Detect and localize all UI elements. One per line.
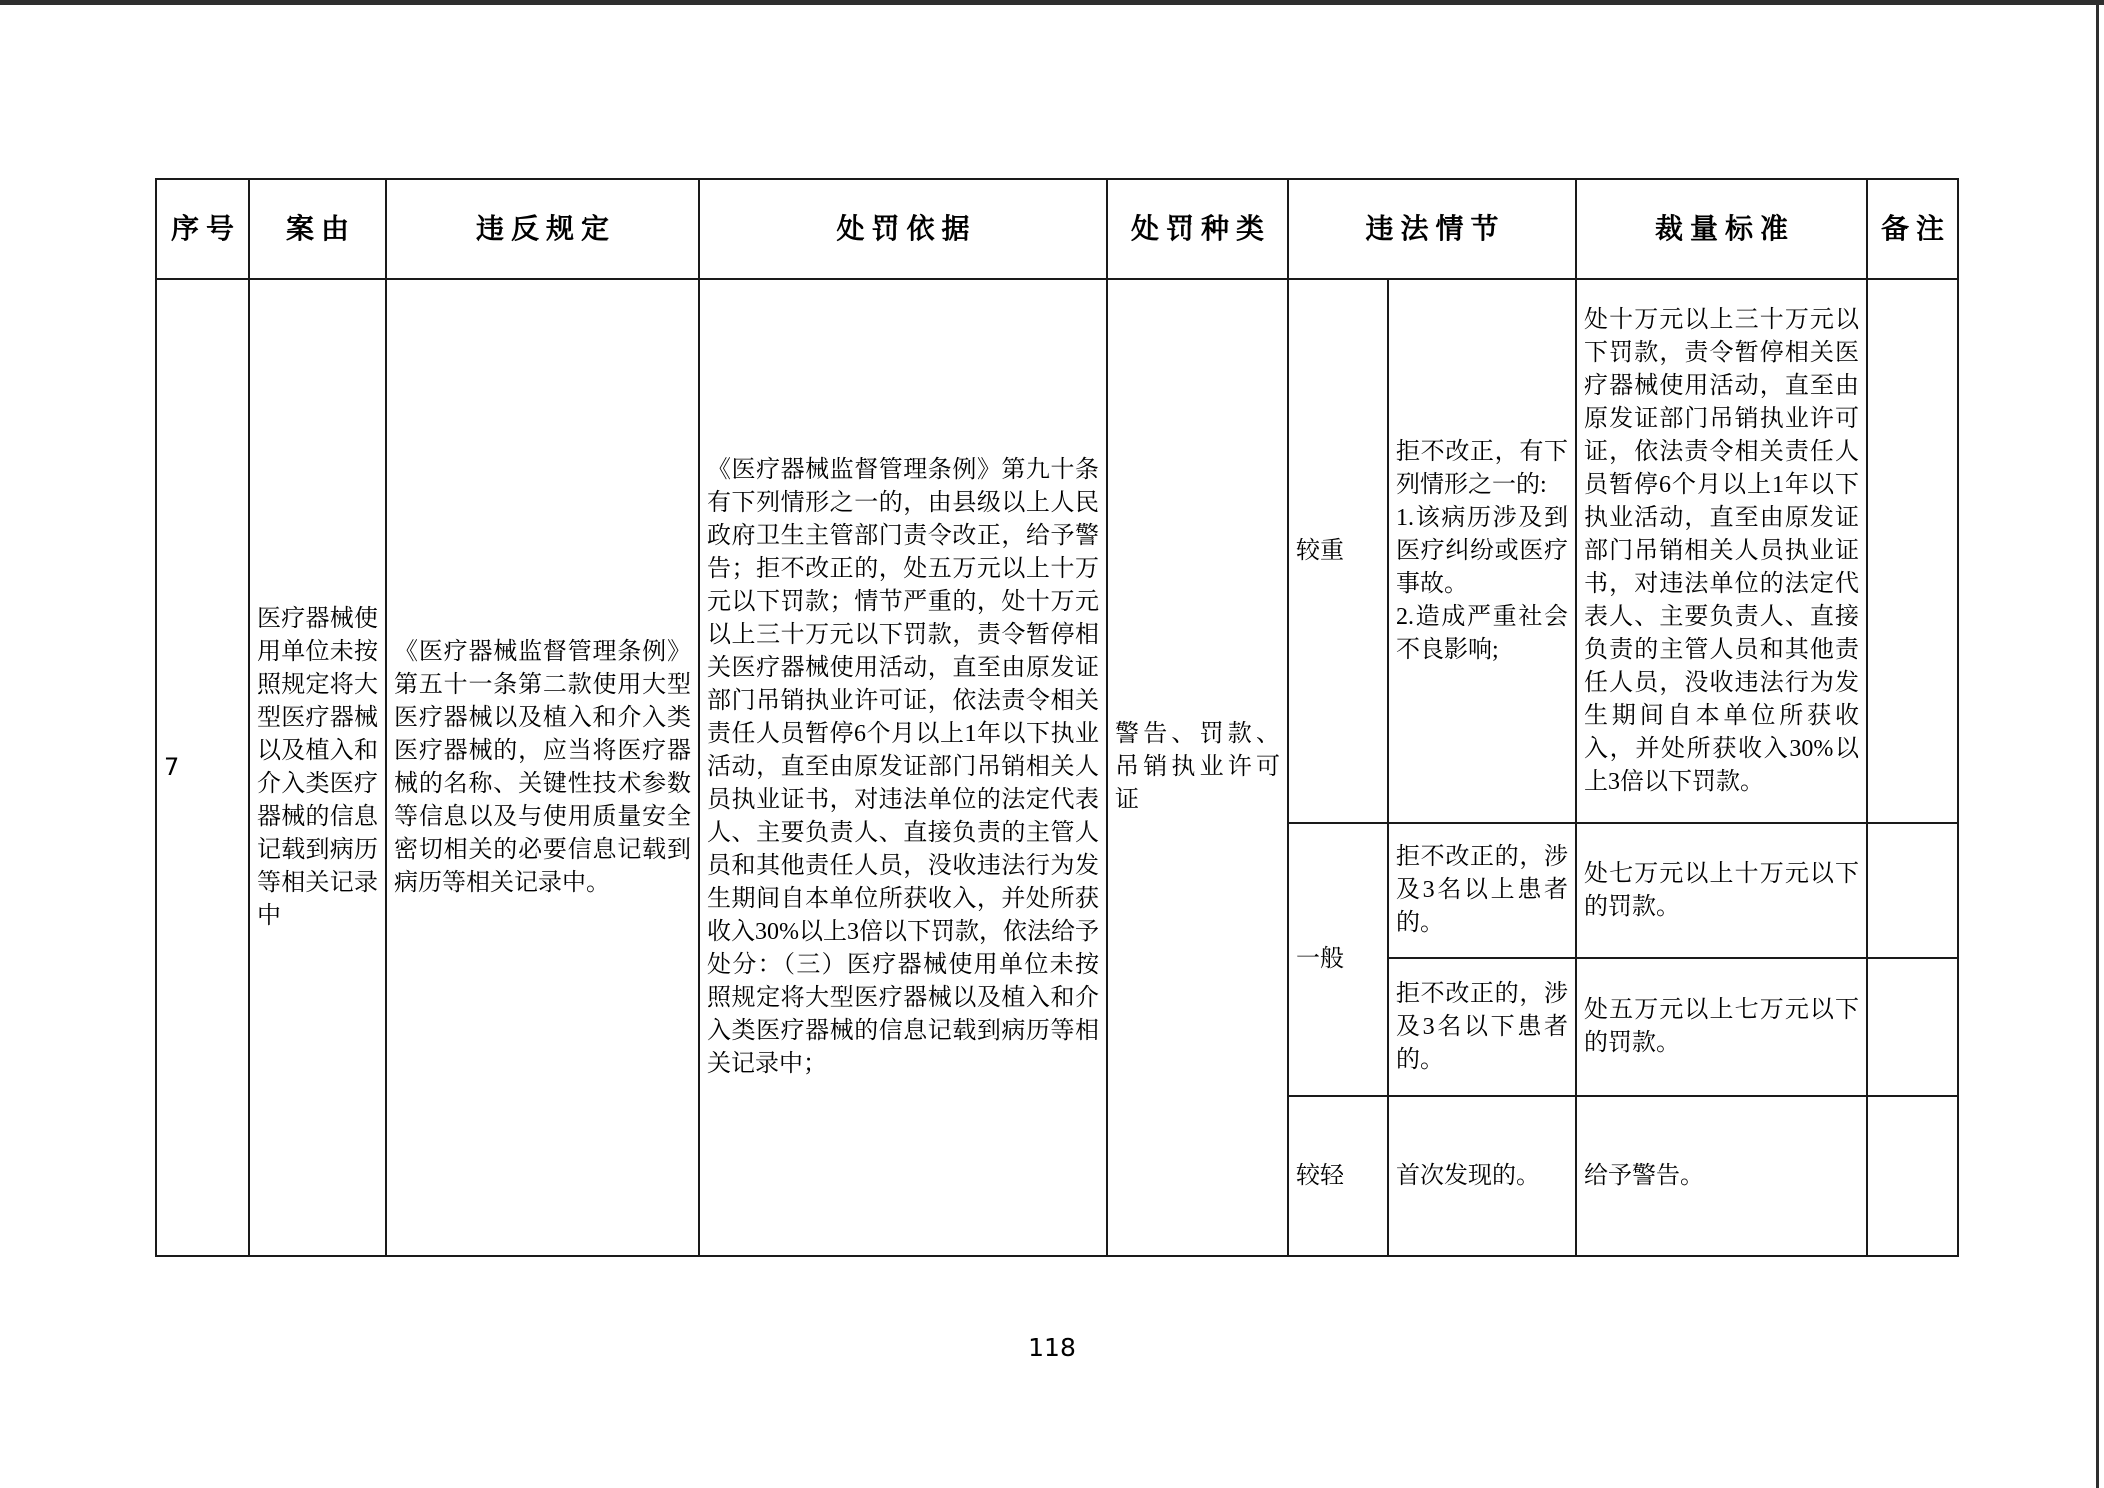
cell-circumstance-general-1: 拒不改正的，涉及3名以上患者的。: [1388, 823, 1576, 958]
cell-penalty-types: 警告、罚款、吊销执业许可证: [1107, 279, 1288, 1256]
header-remarks: 备注: [1867, 179, 1958, 279]
cell-severity-level-general: 一般: [1288, 823, 1388, 1096]
cell-cause: 医疗器械使用单位未按照规定将大型医疗器械以及植入和介入类医疗器械的信息记载到病历…: [249, 279, 386, 1256]
cell-severity-level-minor: 较轻: [1288, 1096, 1388, 1256]
cell-seq-no: 7: [156, 279, 249, 1256]
table-row-severe: 7 医疗器械使用单位未按照规定将大型医疗器械以及植入和介入类医疗器械的信息记载到…: [156, 279, 1958, 823]
window-right-edge: [2096, 0, 2099, 1488]
header-discretion-standard: 裁量标准: [1576, 179, 1867, 279]
cell-standard-general-1: 处七万元以上十万元以下的罚款。: [1576, 823, 1867, 958]
cell-violated-provision: 《医疗器械监督管理条例》第五十一条第二款使用大型医疗器械以及植入和介入类医疗器械…: [386, 279, 699, 1256]
cell-penalty-basis: 《医疗器械监督管理条例》第九十条有下列情形之一的，由县级以上人民政府卫生主管部门…: [699, 279, 1107, 1256]
penalty-discretion-table: 序号 案由 违反规定 处罚依据 处罚种类 违法情节 裁量标准 备注 7 医疗器械…: [155, 178, 1959, 1257]
cell-circumstance-severe: 拒不改正，有下列情形之一的: 1.该病历涉及到医疗纠纷或医疗事故。 2.造成严重…: [1388, 279, 1576, 823]
header-cause: 案由: [249, 179, 386, 279]
cell-severity-level-severe: 较重: [1288, 279, 1388, 823]
cell-remark-general-1: [1867, 823, 1958, 958]
header-penalty-basis: 处罚依据: [699, 179, 1107, 279]
page-number: 118: [0, 1333, 2104, 1362]
cell-standard-severe: 处十万元以上三十万元以下罚款，责令暂停相关医疗器械使用活动，直至由原发证部门吊销…: [1576, 279, 1867, 823]
header-violation-circumstances: 违法情节: [1288, 179, 1576, 279]
cell-standard-minor: 给予警告。: [1576, 1096, 1867, 1256]
cell-circumstance-general-2: 拒不改正的，涉及3名以下患者的。: [1388, 958, 1576, 1096]
window-top-edge: [0, 0, 2104, 5]
header-penalty-types: 处罚种类: [1107, 179, 1288, 279]
table-header-row: 序号 案由 违反规定 处罚依据 处罚种类 违法情节 裁量标准 备注: [156, 179, 1958, 279]
cell-remark-severe: [1867, 279, 1958, 823]
cell-circumstance-minor: 首次发现的。: [1388, 1096, 1576, 1256]
cell-remark-minor: [1867, 1096, 1958, 1256]
cell-remark-general-2: [1867, 958, 1958, 1096]
header-violated-provision: 违反规定: [386, 179, 699, 279]
header-seq-no: 序号: [156, 179, 249, 279]
cell-standard-general-2: 处五万元以上七万元以下的罚款。: [1576, 958, 1867, 1096]
